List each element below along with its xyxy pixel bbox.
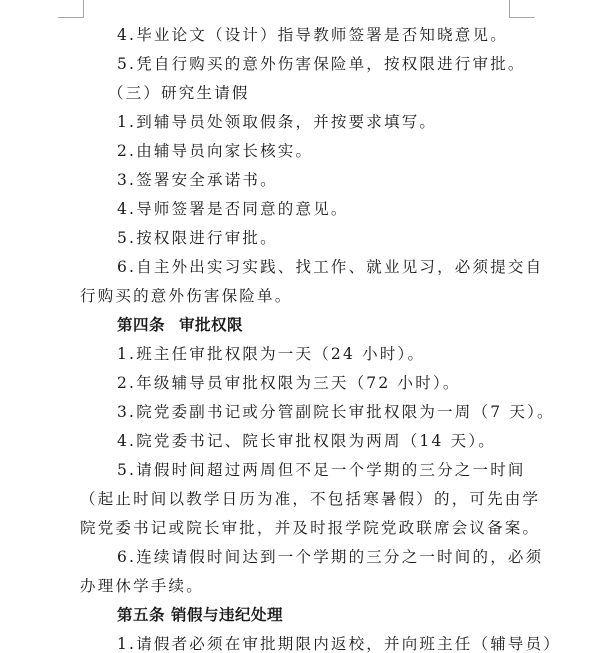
paragraph-line: 3.签署安全承诺书。	[80, 166, 520, 195]
paragraph-line: 1.班主任审批权限为一天（24 小时）。	[80, 340, 520, 369]
paragraph-line: 6.连续请假时间达到一个学期的三分之一时间的，必须	[80, 543, 520, 572]
paragraph-line: 办理休学手续。	[80, 572, 520, 601]
paragraph-line: 4.毕业论文（设计）指导教师签署是否知晓意见。	[80, 21, 520, 50]
paragraph-line: 6.自主外出实习实践、找工作、就业见习，必须提交自	[80, 253, 520, 282]
section-subheading: （三）研究生请假	[80, 79, 520, 108]
paragraph-line: 5.请假时间超过两周但不足一个学期的三分之一时间	[80, 456, 520, 485]
article-number: 第五条	[117, 606, 165, 624]
page-corner-mark-right	[509, 0, 535, 18]
document-page: 4.毕业论文（设计）指导教师签署是否知晓意见。 5.凭自行购买的意外伤害保险单，…	[80, 21, 520, 653]
article-number: 第四条	[117, 316, 165, 334]
paragraph-line: 行购买的意外伤害保险单。	[80, 282, 520, 311]
page-corner-mark-left	[58, 0, 84, 18]
paragraph-line: 2.由辅导员向家长核实。	[80, 137, 520, 166]
paragraph-line: 院党委书记或院长审批，并及时报学院党政联席会议备案。	[80, 514, 520, 543]
article-heading-4: 第四条审批权限	[80, 311, 520, 340]
article-heading-5: 第五条销假与违纪处理	[80, 601, 520, 630]
paragraph-line: 1.到辅导员处领取假条，并按要求填写。	[80, 108, 520, 137]
paragraph-line: 4.导师签署是否同意的意见。	[80, 195, 520, 224]
paragraph-line: 5.凭自行购买的意外伤害保险单，按权限进行审批。	[80, 50, 520, 79]
paragraph-line: 2.年级辅导员审批权限为三天（72 小时）。	[80, 369, 520, 398]
paragraph-line: （起止时间以教学日历为准，不包括寒暑假）的，可先由学	[80, 485, 520, 514]
article-title: 审批权限	[179, 316, 243, 334]
article-title: 销假与违纪处理	[171, 606, 283, 624]
paragraph-line: 3.院党委副书记或分管副院长审批权限为一周（7 天）。	[80, 398, 520, 427]
paragraph-line: 5.按权限进行审批。	[80, 224, 520, 253]
paragraph-line: 1.请假者必须在审批期限内返校，并向班主任（辅导员）	[80, 630, 520, 653]
paragraph-line: 4.院党委书记、院长审批权限为两周（14 天）。	[80, 427, 520, 456]
